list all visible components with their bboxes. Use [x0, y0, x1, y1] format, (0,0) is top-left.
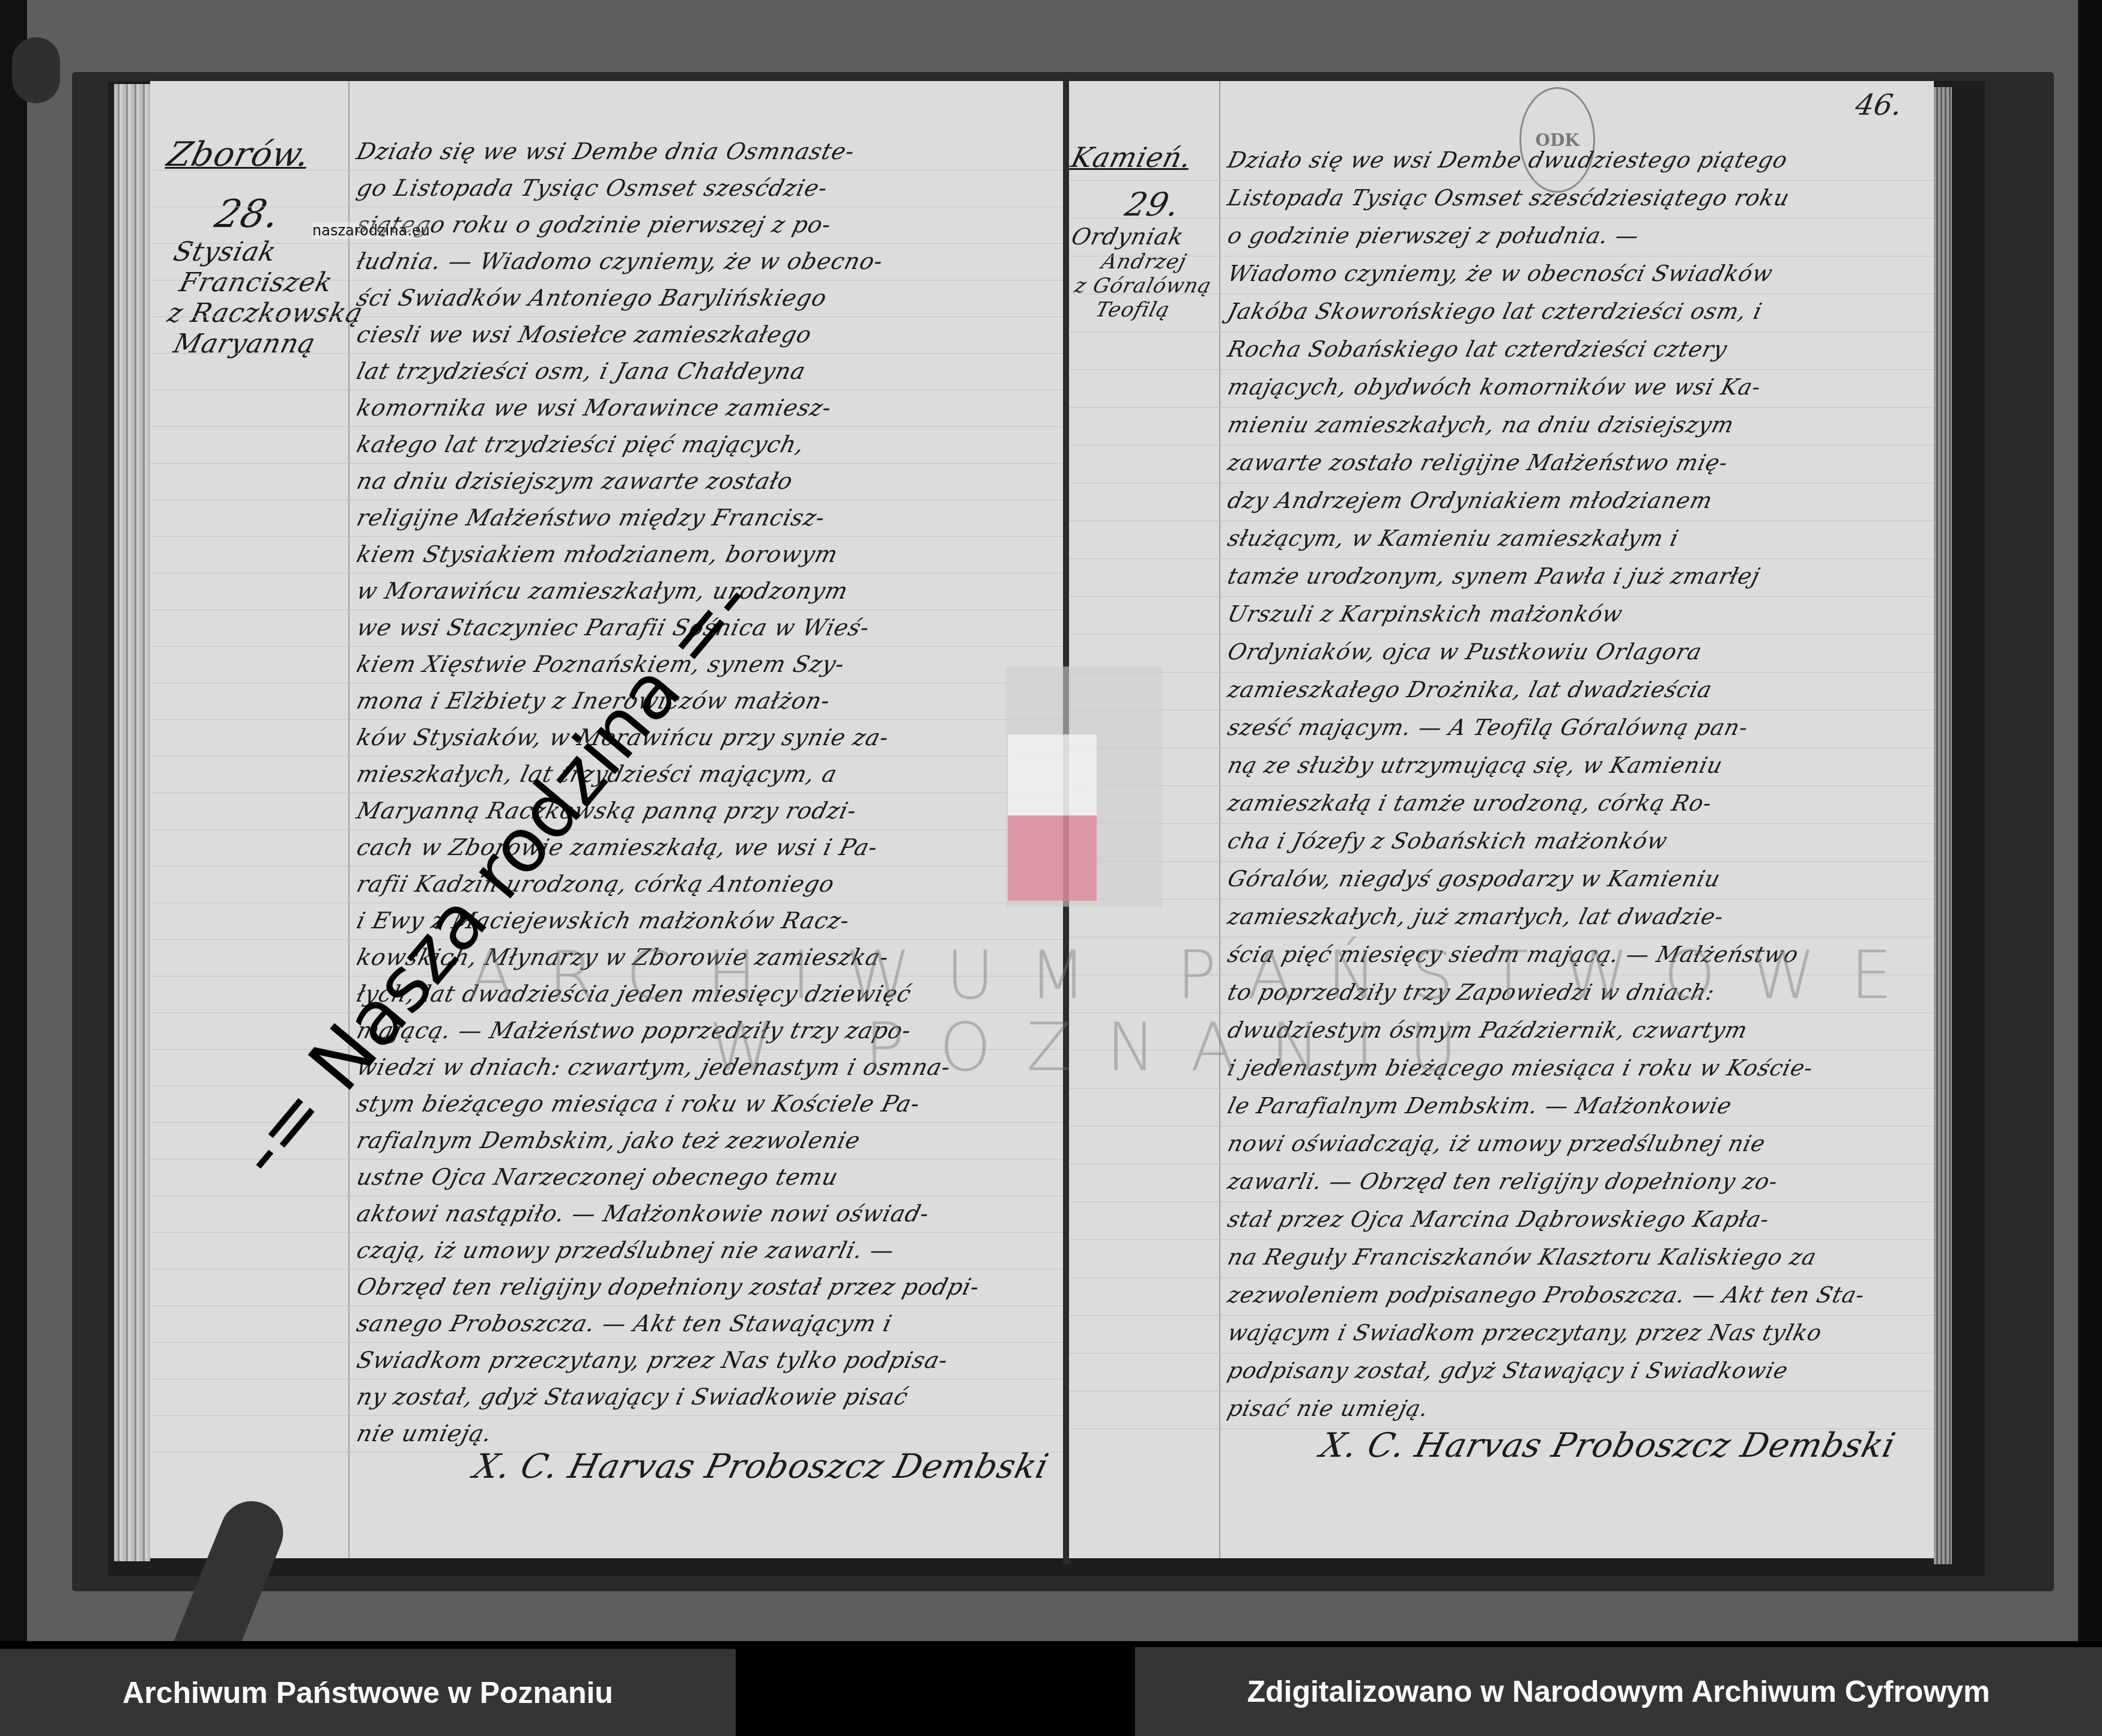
ruled-line — [150, 170, 1063, 171]
ruled-line — [1069, 1202, 1934, 1202]
handwritten-line: Góralów, niegdyś gospodarzy w Kamieniu — [1225, 866, 1724, 892]
handwritten-line: Urszuli z Karpinskich małżonków — [1225, 601, 1626, 627]
ruled-line — [1069, 1239, 1934, 1240]
bookmark-ribbon-icon — [12, 37, 60, 103]
handwritten-line: stał przez Ojca Marcina Dąbrowskiego Kap… — [1225, 1206, 1772, 1232]
handwritten-line: mieniu zamieszkałych, na dniu dzisiejszy… — [1225, 412, 1737, 438]
handwritten-line: Obrzęd ten religijny dopełniony został p… — [354, 1274, 983, 1300]
handwritten-line: zawarli. — Obrzęd ten religijny dopełnio… — [1225, 1169, 1781, 1194]
bride-surname: z Raczkowską — [165, 298, 353, 328]
archive-watermark-line2: W POZNANIU — [709, 1009, 1492, 1086]
ruled-line — [1069, 1315, 1934, 1316]
handwritten-line: le Parafialnym Dembskim. — Małżonkowie — [1225, 1093, 1735, 1119]
handwritten-line: zamieszkałych, już zmarłych, lat dwadzie… — [1225, 904, 1727, 930]
handwritten-line: nowi oświadczają, iż umowy przedślubnej … — [1225, 1131, 1769, 1157]
ruled-line — [150, 1232, 1063, 1233]
ruled-line — [150, 426, 1063, 427]
handwritten-line: zamieszkałego Drożnika, lat dwadzieścia — [1225, 677, 1715, 703]
scan-edge-right — [2078, 0, 2102, 1641]
handwritten-line: mających, obydwóch komorników we wsi Ka- — [1225, 374, 1764, 400]
ruled-line — [1069, 596, 1934, 597]
ruled-line — [1069, 294, 1934, 294]
ruled-line — [1069, 710, 1934, 710]
ruled-line — [150, 280, 1063, 280]
ruled-line — [150, 500, 1063, 500]
handwritten-line: zamieszkałą i tamże urodzoną, córką Ro- — [1225, 790, 1715, 816]
handwritten-line: wającym i Swiadkom przeczytany, przez Na… — [1225, 1320, 1825, 1346]
ruled-line — [1069, 1391, 1934, 1391]
handwritten-line: ustne Ojca Narzeczonej obecnego temu — [354, 1164, 841, 1190]
flag-white-band — [1008, 734, 1097, 815]
handwritten-line: Jakóba Skowrońskiego lat czterdzieści os… — [1225, 298, 1765, 324]
ruled-line — [1069, 899, 1934, 900]
ruled-line — [1069, 558, 1934, 559]
entry-margin-29: Kamień. 29. Ordyniak Andrzej z Góralówną… — [1072, 141, 1222, 322]
entry-place: Zborów. — [163, 135, 353, 174]
handwritten-line: kałego lat trzydzieści pięć mających, — [354, 431, 808, 458]
ruled-line — [1069, 331, 1934, 332]
archive-name: Archiwum Państwowe w Poznaniu — [123, 1675, 613, 1710]
handwritten-line: ciesli we wsi Mosiełce zamieszkałego — [354, 321, 815, 348]
handwritten-line: ny został, gdyż Stawający i Swiadkowie p… — [354, 1384, 911, 1410]
ruled-line — [1069, 748, 1934, 748]
ruled-line — [1069, 369, 1934, 370]
ruled-line — [150, 829, 1063, 830]
ruled-line — [150, 1305, 1063, 1306]
ruled-line — [1069, 1277, 1934, 1278]
ruled-line — [150, 353, 1063, 354]
handwritten-line: podpisany został, gdyż Stawający i Swiad… — [1225, 1358, 1791, 1384]
ruled-line — [150, 646, 1063, 647]
ruled-line — [150, 390, 1063, 390]
ruled-line — [1069, 256, 1934, 256]
handwritten-line: stym bieżącego miesiąca i roku w Kościel… — [354, 1090, 923, 1117]
ruled-line — [1069, 823, 1934, 824]
groom-firstname: Franciszek — [177, 267, 365, 298]
handwritten-line: rafialnym Dembskim, jako też zezwolenie — [354, 1127, 864, 1154]
handwritten-line: na Reguły Franciszkanów Klasztoru Kalisk… — [1225, 1244, 1820, 1270]
handwritten-line: we wsi Staczyniec Parafii Sośnica w Wieś… — [354, 614, 873, 641]
handwritten-line: Działo się we wsi Dembe dnia Osmnaste- — [354, 138, 858, 165]
scan-edge-left — [0, 0, 27, 1641]
page-edges-left — [114, 84, 150, 1561]
ruled-line — [150, 316, 1063, 317]
handwritten-line: Listopada Tysiąc Osmset szesćdziesiątego… — [1225, 185, 1793, 211]
archive-watermark-line1: ARCHIWUM PAŃSTWOWE — [468, 937, 1927, 1014]
archive-stamp: ODK — [1519, 87, 1595, 193]
ruled-line — [1069, 1126, 1934, 1127]
ruled-line — [1069, 1353, 1934, 1353]
ruled-line — [1069, 407, 1934, 408]
handwritten-line: kiem Stysiakiem młodzianem, borowym — [354, 541, 841, 567]
ruled-line — [150, 243, 1063, 244]
handwritten-line: cach w Zborowie zamieszkałą, we wsi i Pa… — [354, 834, 881, 860]
handwritten-line: pisać nie umieją. — [1225, 1396, 1432, 1421]
handwritten-line: cha i Józefy z Sobańskich małżonków — [1225, 828, 1671, 854]
handwritten-line: łudnia. — Wiadomo czyniemy, że w obecno- — [354, 248, 886, 274]
ruled-line — [1069, 861, 1934, 862]
handwritten-line: zezwoleniem podpisanego Proboszcza. — Ak… — [1225, 1282, 1868, 1308]
document-scan: Zborów. 28. Stysiak Franciszek z Raczkow… — [0, 0, 2102, 1641]
priest-signature: X. C. Harvas Proboszcz Dembski — [470, 1447, 1053, 1486]
digitized-by: Zdigitalizowano w Narodowym Archiwum Cyf… — [1247, 1674, 1990, 1709]
handwritten-line: Swiadkom przeczytany, przez Nas tylko po… — [354, 1347, 951, 1373]
footer-archive-label-box: Archiwum Państwowe w Poznaniu — [0, 1649, 736, 1736]
ruled-line — [150, 609, 1063, 610]
ruled-line — [1069, 634, 1934, 635]
ruled-line — [1069, 483, 1934, 483]
handwritten-line: w Morawińcu zamieszkałym, urodzonym — [354, 578, 851, 604]
left-page: Zborów. 28. Stysiak Franciszek z Raczkow… — [150, 81, 1063, 1558]
groom-surname: Ordyniak — [1069, 223, 1225, 250]
footer-digitized-label-box: Zdigitalizowano w Narodowym Archiwum Cyf… — [1135, 1647, 2102, 1736]
ruled-line — [1069, 1088, 1934, 1089]
bride-surname: z Góralówną — [1072, 274, 1228, 298]
ruled-line — [150, 1415, 1063, 1416]
ruled-line — [1069, 521, 1934, 521]
handwritten-line: Ordyniaków, ojca w Pustkowiu Orlagora — [1225, 639, 1705, 665]
groom-surname: Stysiak — [171, 237, 359, 267]
handwritten-line: go Listopada Tysiąc Osmset szesćdzie- — [354, 175, 831, 201]
handwritten-line: Wiadomo czyniemy, że w obecności Swiadkó… — [1225, 261, 1776, 286]
ruled-line — [1069, 672, 1934, 673]
handwritten-line: sanego Proboszcza. — Akt ten Stawającym … — [354, 1310, 895, 1337]
page-number: 46. — [1853, 88, 1904, 122]
ruled-line — [1069, 218, 1934, 219]
entry-margin-28: Zborów. 28. Stysiak Franciszek z Raczkow… — [168, 135, 348, 359]
bride-firstname: Maryanną — [171, 328, 359, 359]
ruled-line — [150, 1269, 1063, 1269]
ruled-line — [1069, 785, 1934, 786]
priest-signature: X. C. Harvas Proboszcz Dembski — [1316, 1426, 1900, 1465]
ruled-line — [150, 1342, 1063, 1343]
ruled-line — [150, 1196, 1063, 1196]
handwritten-line: nie umieją. — [354, 1420, 495, 1447]
handwritten-line: aktowi nastąpiło. — Małżonkowie nowi ośw… — [354, 1200, 933, 1227]
handwritten-line: czają, iż umowy przedślubnej nie zawarli… — [354, 1237, 898, 1263]
handwritten-line: religijne Małżeństwo między Francisz- — [354, 504, 828, 531]
ruled-line — [150, 903, 1063, 903]
handwritten-line: Działo się we wsi Dembe dwudziestego pią… — [1225, 147, 1791, 173]
ruled-line — [1069, 180, 1934, 181]
handwritten-line: sześć mającym. — A Teofilą Góralówną pan… — [1225, 715, 1751, 740]
page-edges-right — [1934, 87, 1952, 1564]
handwritten-line: o godzinie pierwszej z południa. — — [1225, 223, 1642, 249]
ruled-line — [150, 573, 1063, 573]
handwritten-line: zawarte zostało religijne Małżeństwo mię… — [1225, 450, 1731, 476]
handwritten-line: tamże urodzonym, synem Pawła i już zmarł… — [1225, 563, 1763, 589]
ruled-line — [1069, 1164, 1934, 1164]
handwritten-line: kiem Xięstwie Poznańskiem, synem Szy- — [354, 651, 848, 677]
ruled-line — [150, 866, 1063, 866]
site-watermark-label: naszarodzina.eu — [312, 222, 430, 239]
ruled-line — [1069, 445, 1934, 446]
ruled-line — [150, 207, 1063, 207]
handwritten-line: komornika we wsi Morawince zamiesz- — [354, 395, 835, 421]
flag-red-band — [1008, 815, 1097, 901]
handwritten-line: na dniu dzisiejszym zawarte zostało — [354, 468, 796, 494]
footer-bar: Archiwum Państwowe w Poznaniu Zdigitaliz… — [0, 1641, 2102, 1736]
handwritten-line: dzy Andrzejem Ordyniakiem młodzianem — [1225, 488, 1716, 513]
ruled-line — [150, 536, 1063, 537]
ruled-line — [150, 1379, 1063, 1379]
entry-place: Kamień. — [1069, 141, 1226, 174]
handwritten-line: ną ze służby utrzymującą się, w Kamieniu — [1225, 752, 1726, 778]
handwritten-line: ści Swiadków Antoniego Barylińskiego — [354, 285, 830, 311]
handwritten-line: Rocha Sobańskiego lat czterdzieści czter… — [1225, 336, 1730, 362]
handwritten-line: służącym, w Kamieniu zamieszkałym i — [1225, 525, 1682, 551]
ruled-line — [150, 463, 1063, 464]
handwritten-line: lat trzydzieści osm, i Jana Chałdeyna — [354, 358, 809, 384]
right-page: 46. ODK Kamień. 29. Ordyniak Andrzej z G… — [1069, 81, 1934, 1558]
